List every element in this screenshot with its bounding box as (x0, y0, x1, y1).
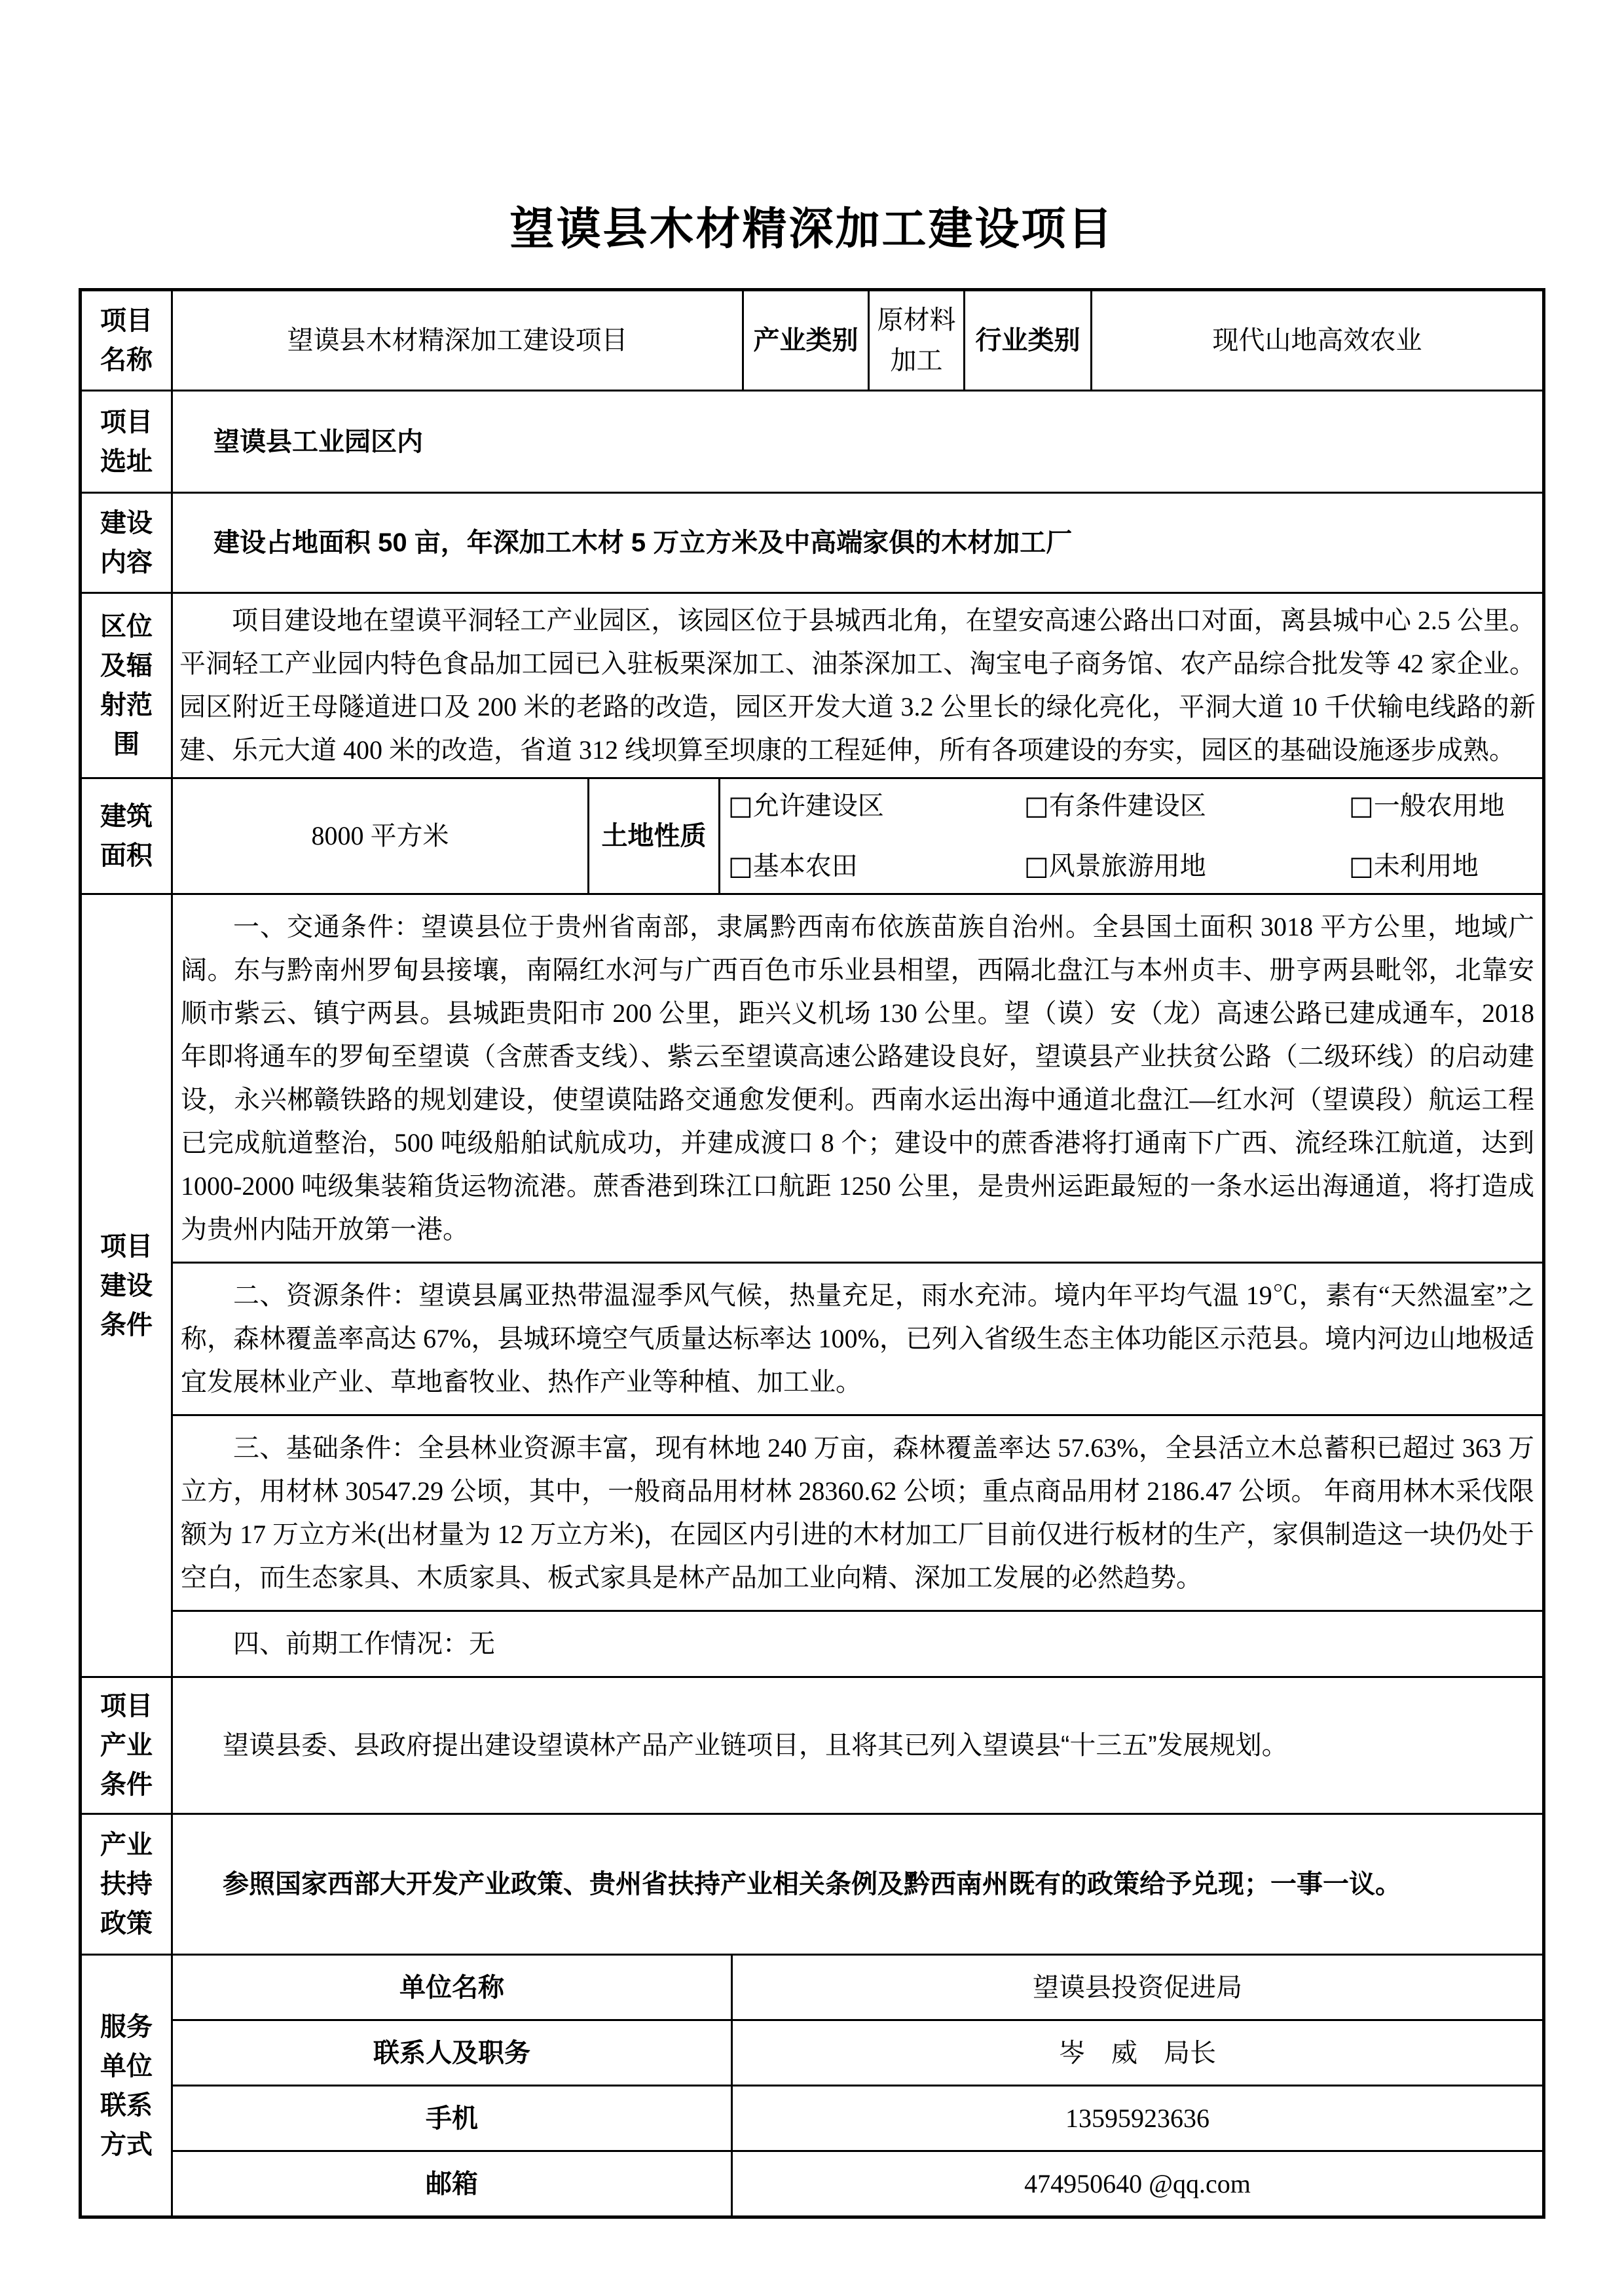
land-option-label: 允许建设区 (753, 791, 884, 820)
label-construction-content: 建设 内容 (82, 494, 171, 592)
land-option-label: 基本农田 (753, 851, 858, 881)
land-option: □允许建设区 (728, 786, 1024, 826)
document-page: 望谟县木材精深加工建设项目 项目 名称 望谟县木材精深加工建设项目 产业类别 原… (0, 0, 1624, 2296)
condition-foundation-text: 三、基础条件：全县林业资源丰富，现有林地 240 万亩，森林覆盖率达 57.63… (181, 1427, 1534, 1599)
land-option: □有条件建设区 (1024, 786, 1349, 826)
condition-preliminary-text: 四、前期工作情况：无 (181, 1622, 1534, 1666)
sector-category-value: 现代山地高效农业 (1090, 291, 1542, 390)
label-sector-category: 行业类别 (963, 291, 1090, 390)
condition-traffic-cell: 一、交通条件：望谟县位于贵州省南部，隶属黔西南布依族苗族自治州。全县国土面积 3… (173, 895, 1542, 1262)
condition-resource-cell: 二、资源条件：望谟县属亚热带温湿季风气候，热量充足，雨水充沛。境内年平均气温 1… (173, 1262, 1542, 1414)
page-title: 望谟县木材精深加工建设项目 (0, 194, 1624, 257)
contact-value-phone: 13595923636 (731, 2086, 1542, 2150)
label-land-nature: 土地性质 (587, 779, 718, 893)
row-location-range: 区位 及辐 射范 围 项目建设地在望谟平洞轻工产业园区，该园区位于县城西北角，在… (82, 592, 1542, 777)
label-building-area: 建筑 面积 (82, 779, 171, 893)
land-options-grid: □允许建设区 □有条件建设区 □一般农用地 □基本农田 □风景旅游用地 □未利用… (728, 786, 1505, 886)
contact-key-unit: 单位名称 (173, 1956, 731, 2019)
contact-key-person: 联系人及职务 (173, 2021, 731, 2085)
land-option: □未利用地 (1349, 846, 1505, 886)
construction-conditions-stack: 一、交通条件：望谟县位于贵州省南部，隶属黔西南布依族苗族自治州。全县国土面积 3… (171, 895, 1542, 1676)
contact-row-phone: 手机 13595923636 (173, 2085, 1542, 2150)
condition-resource-text: 二、资源条件：望谟县属亚热带温湿季风气候，热量充足，雨水充沛。境内年平均气温 1… (181, 1274, 1534, 1404)
label-service-contact: 服务 单位 联系 方式 (82, 1956, 171, 2215)
checkbox-icon: □ (1024, 791, 1049, 821)
checkbox-icon: □ (1349, 791, 1374, 821)
construction-content-value: 建设占地面积 50 亩，年深加工木材 5 万立方米及中高端家俱的木材加工厂 (171, 494, 1542, 592)
row-project-site: 项目 选址 望谟县工业园区内 (82, 390, 1542, 492)
land-option-label: 一般农用地 (1374, 791, 1505, 820)
contact-row-unit: 单位名称 望谟县投资促进局 (173, 1956, 1542, 2019)
label-project-name: 项目 名称 (82, 291, 171, 390)
location-range-cell: 项目建设地在望谟平洞轻工产业园区，该园区位于县城西北角，在望安高速公路出口对面，… (171, 594, 1542, 777)
land-option: □风景旅游用地 (1024, 846, 1349, 886)
land-option: □基本农田 (728, 846, 1024, 886)
contact-key-phone: 手机 (173, 2086, 731, 2150)
support-policy-value: 参照国家西部大开发产业政策、贵州省扶持产业相关条例及黔西南州既有的政策给予兑现；… (171, 1815, 1542, 1954)
contact-value-person: 岑 威 局长 (731, 2021, 1542, 2085)
checkbox-icon: □ (728, 851, 753, 881)
project-name-value: 望谟县木材精深加工建设项目 (171, 291, 742, 390)
label-industry-condition: 项目 产业 条件 (82, 1678, 171, 1813)
row-building-area: 建筑 面积 8000 平方米 土地性质 □允许建设区 □有条件建设区 □一般农用… (82, 777, 1542, 893)
row-service-contact: 服务 单位 联系 方式 单位名称 望谟县投资促进局 联系人及职务 岑 威 局长 … (82, 1954, 1542, 2215)
row-construction-content: 建设 内容 建设占地面积 50 亩，年深加工木材 5 万立方米及中高端家俱的木材… (82, 492, 1542, 592)
contact-value-email: 474950640 @qq.com (731, 2152, 1542, 2215)
land-option-label: 未利用地 (1374, 851, 1479, 881)
industry-category-value: 原材料加工 (868, 291, 963, 390)
label-industry-category: 产业类别 (742, 291, 868, 390)
label-location-range: 区位 及辐 射范 围 (82, 594, 171, 777)
condition-foundation-cell: 三、基础条件：全县林业资源丰富，现有林地 240 万亩，森林覆盖率达 57.63… (173, 1414, 1542, 1610)
checkbox-icon: □ (1024, 851, 1049, 881)
condition-preliminary-cell: 四、前期工作情况：无 (173, 1610, 1542, 1676)
contact-value-unit: 望谟县投资促进局 (731, 1956, 1542, 2019)
row-industry-condition: 项目 产业 条件 望谟县委、县政府提出建设望谟林产品产业链项目，且将其已列入望谟… (82, 1676, 1542, 1813)
land-option-label: 有条件建设区 (1049, 791, 1206, 820)
land-nature-options: □允许建设区 □有条件建设区 □一般农用地 □基本农田 □风景旅游用地 □未利用… (718, 779, 1542, 893)
row-construction-conditions: 项目 建设 条件 一、交通条件：望谟县位于贵州省南部，隶属黔西南布依族苗族自治州… (82, 893, 1542, 1676)
checkbox-icon: □ (728, 791, 753, 821)
row-support-policy: 产业 扶持 政策 参照国家西部大开发产业政策、贵州省扶持产业相关条例及黔西南州既… (82, 1813, 1542, 1954)
project-info-table: 项目 名称 望谟县木材精深加工建设项目 产业类别 原材料加工 行业类别 现代山地… (79, 288, 1545, 2219)
building-area-value: 8000 平方米 (171, 779, 587, 893)
label-construction-conditions: 项目 建设 条件 (82, 895, 171, 1676)
service-contact-stack: 单位名称 望谟县投资促进局 联系人及职务 岑 威 局长 手机 135959236… (171, 1956, 1542, 2215)
checkbox-icon: □ (1349, 851, 1374, 881)
land-option-label: 风景旅游用地 (1049, 851, 1206, 881)
location-range-text: 项目建设地在望谟平洞轻工产业园区，该园区位于县城西北角，在望安高速公路出口对面，… (179, 599, 1536, 772)
condition-traffic-text: 一、交通条件：望谟县位于贵州省南部，隶属黔西南布依族苗族自治州。全县国土面积 3… (181, 905, 1534, 1251)
contact-key-email: 邮箱 (173, 2152, 731, 2215)
contact-row-email: 邮箱 474950640 @qq.com (173, 2150, 1542, 2215)
label-project-site: 项目 选址 (82, 392, 171, 492)
label-support-policy: 产业 扶持 政策 (82, 1815, 171, 1954)
land-option: □一般农用地 (1349, 786, 1505, 826)
project-site-value: 望谟县工业园区内 (171, 392, 1542, 492)
row-project-name: 项目 名称 望谟县木材精深加工建设项目 产业类别 原材料加工 行业类别 现代山地… (82, 291, 1542, 390)
contact-row-person: 联系人及职务 岑 威 局长 (173, 2019, 1542, 2085)
industry-condition-value: 望谟县委、县政府提出建设望谟林产品产业链项目，且将其已列入望谟县“十三五”发展规… (171, 1678, 1542, 1813)
